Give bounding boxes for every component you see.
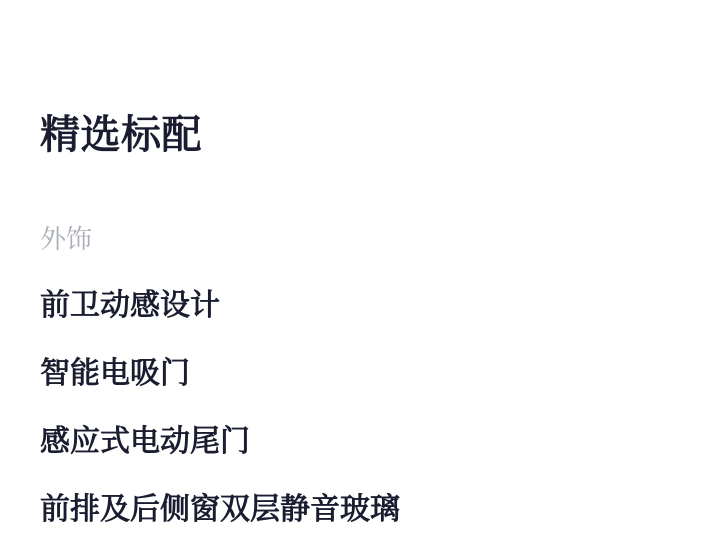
standard-config-section: 精选标配 外饰 前卫动感设计 智能电吸门 感应式电动尾门 前排及后侧窗双层静音玻… [0, 0, 720, 540]
feature-item: 前卫动感设计 [40, 291, 220, 321]
feature-item: 智能电吸门 [40, 359, 190, 389]
feature-list: 前卫动感设计 智能电吸门 感应式电动尾门 前排及后侧窗双层静音玻璃 [0, 0, 720, 540]
feature-item: 前排及后侧窗双层静音玻璃 [40, 495, 400, 525]
feature-item: 感应式电动尾门 [40, 427, 250, 457]
